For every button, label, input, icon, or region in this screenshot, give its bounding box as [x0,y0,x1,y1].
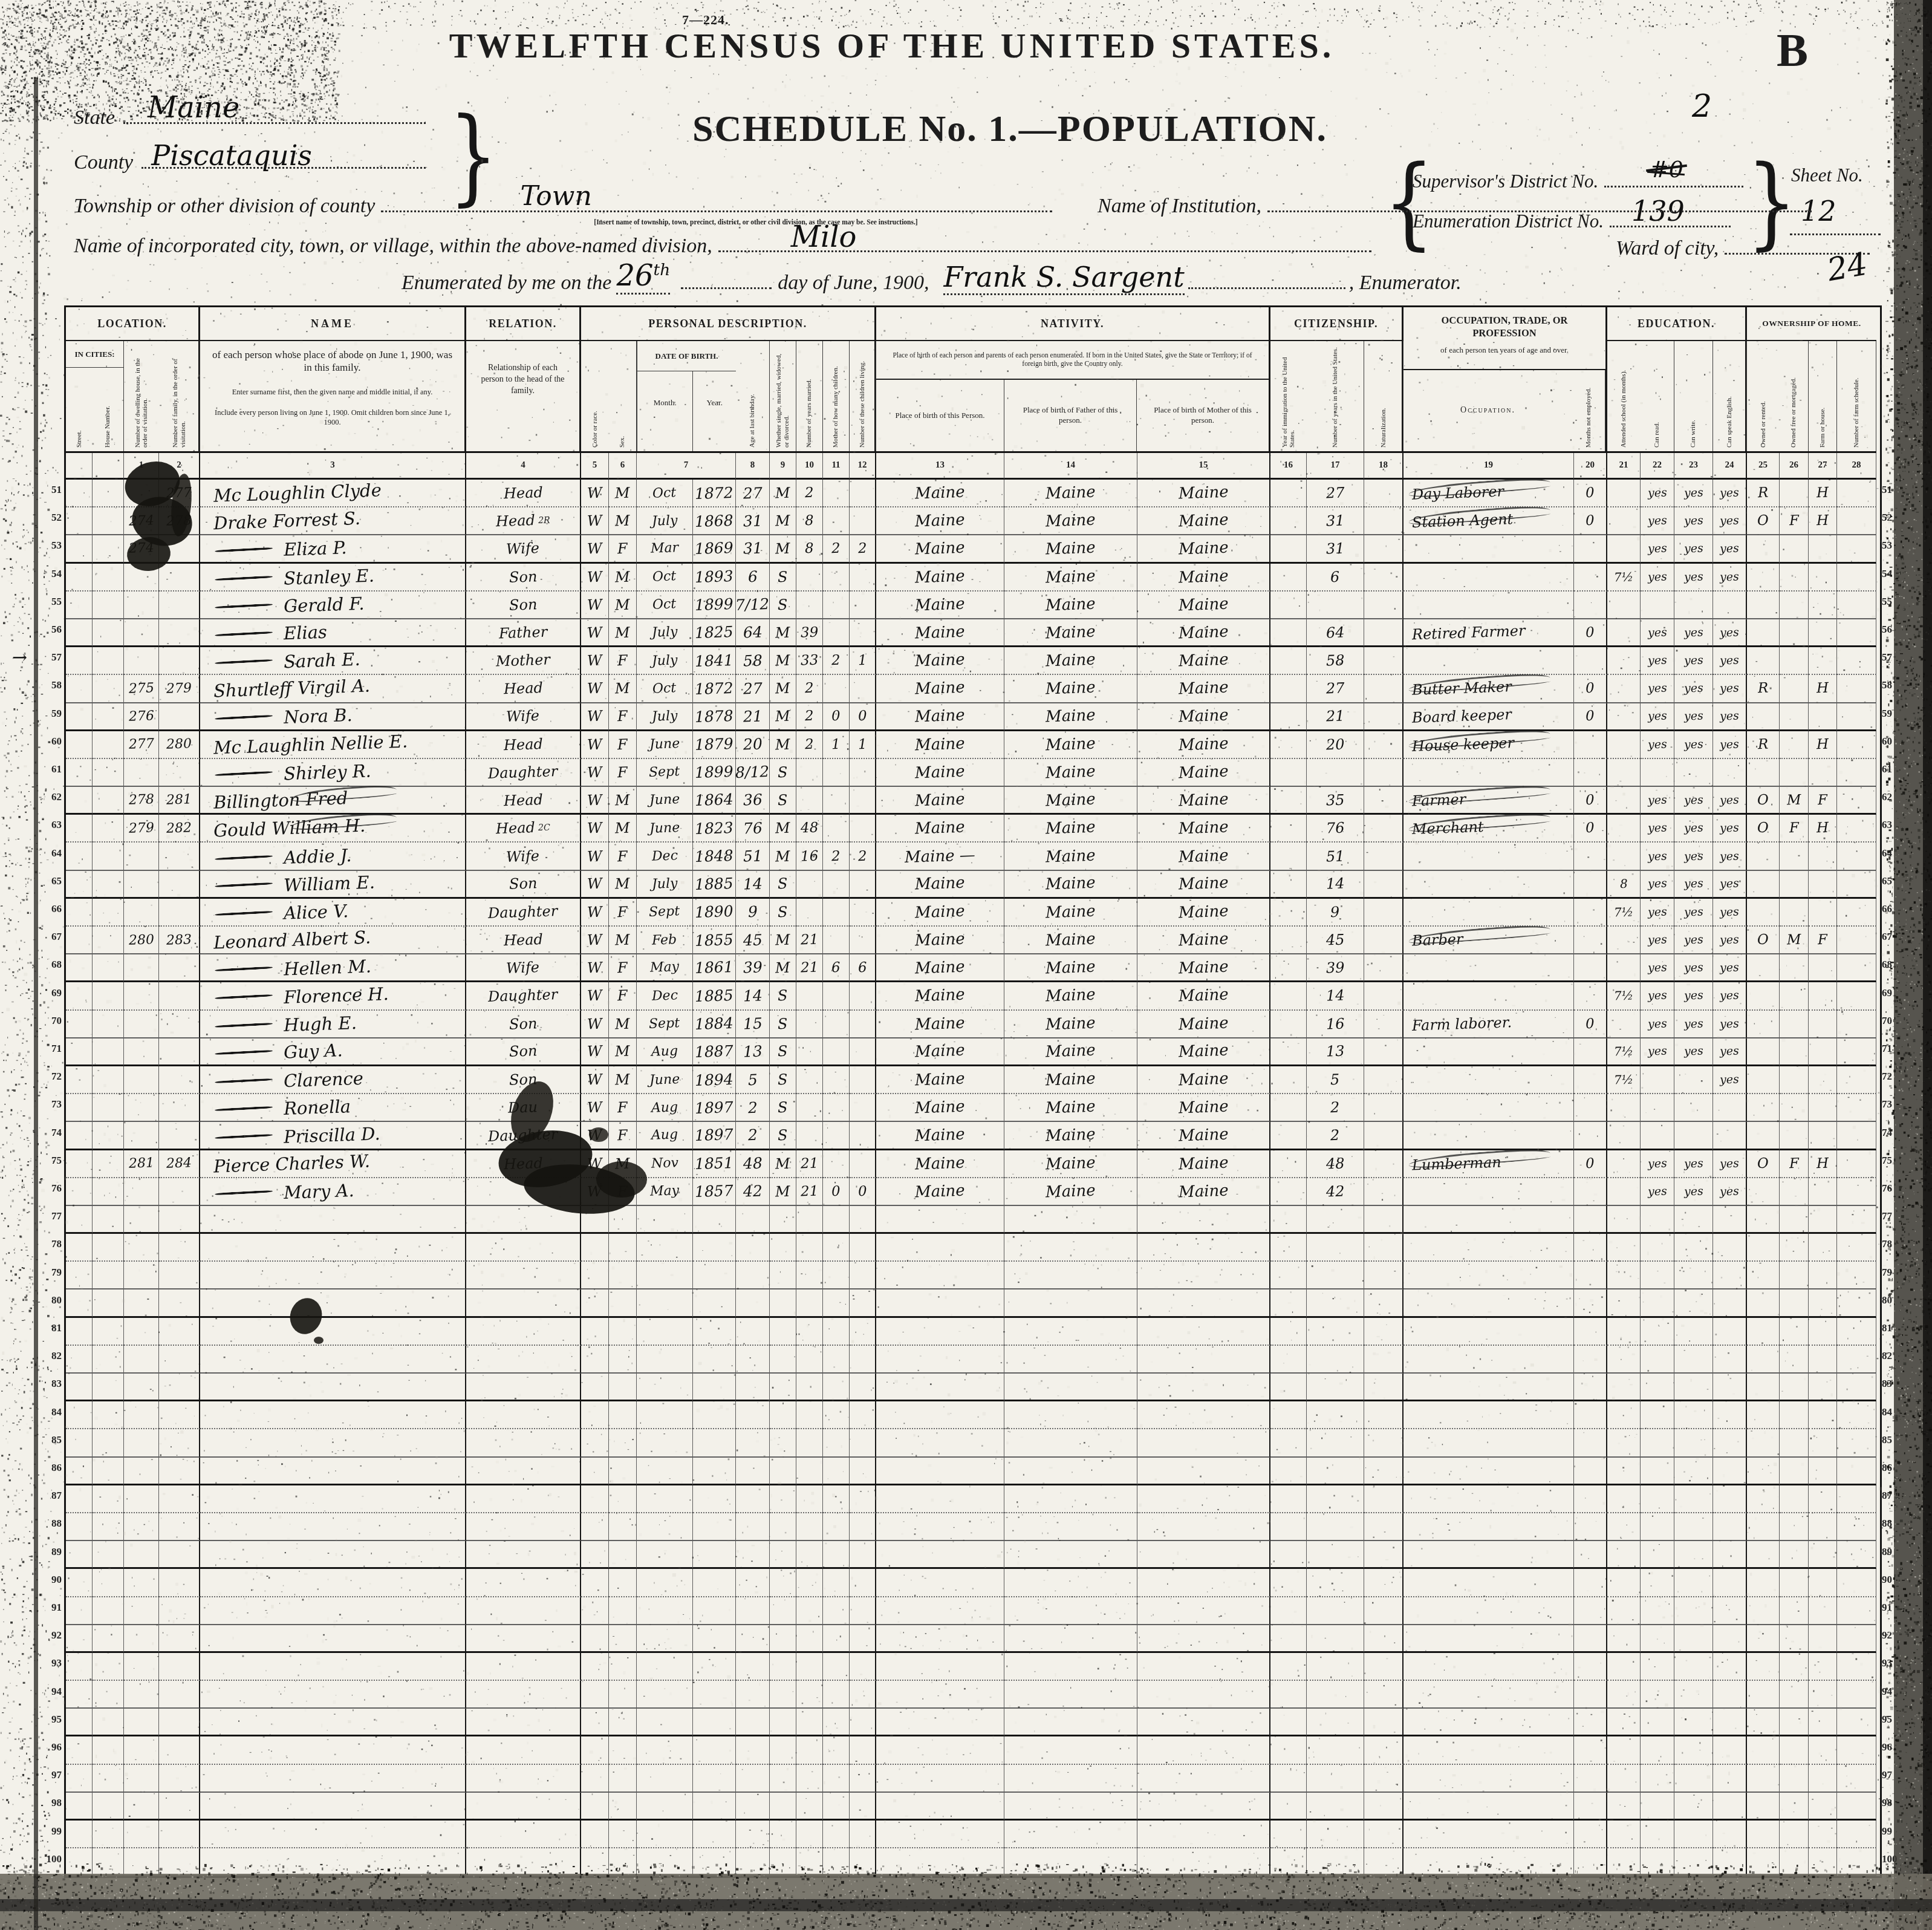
cell-wr-66: yes [1674,899,1713,927]
cell-nat-68 [1364,954,1403,982]
cell-wr-61 [1674,759,1713,787]
cell-moth-54 [823,564,850,592]
cell-imm-88 [1270,1513,1307,1541]
cell-name-76: Mary A. [200,1178,466,1206]
cell-en-55 [1713,592,1747,619]
cell-mne-94 [1574,1681,1607,1709]
cell-sch-55 [1607,592,1641,619]
cell-name-64: Addie J. [200,843,466,870]
cell-sch-72: 7½ [1607,1066,1641,1094]
cell-pob-96 [876,1736,1004,1764]
row-number-left: 67 [37,923,62,951]
cell-sex-79 [609,1262,637,1289]
cell-sex-87 [609,1485,637,1513]
cell-mo-81 [637,1318,693,1346]
cell-mo-61: Sept [637,759,693,787]
cell-fm-72 [1780,1066,1809,1094]
cell-en-79 [1713,1262,1747,1289]
cell-c17-75: 48 [1307,1150,1364,1178]
cell-occ-94 [1403,1681,1574,1709]
cell-wr-64: yes [1674,843,1713,870]
cell-mo-91 [637,1597,693,1625]
cell-fam-74 [159,1122,200,1150]
cell-occ-99 [1403,1821,1574,1848]
cell-pobm-87 [1137,1485,1270,1513]
cell-fam-94 [159,1681,200,1709]
cell-mo-88 [637,1513,693,1541]
cell-mne-65 [1574,871,1607,899]
cell-fm-69 [1780,982,1809,1010]
occupation-group-note: of each person ten years of age and over… [1403,345,1605,355]
cell-pobm-82 [1137,1346,1270,1374]
cell-street-90 [66,1569,93,1597]
cell-rd-69: yes [1641,982,1674,1010]
cell-mo-76: May [637,1178,693,1206]
cell-fm-89 [1780,1541,1809,1569]
cell-sex-95 [609,1709,637,1736]
cell-nat-63 [1364,815,1403,843]
cell-street-89 [66,1541,93,1569]
cell-fam-86 [159,1458,200,1485]
cell-name-56: Elias [200,619,466,647]
cell-dw-76 [124,1178,159,1206]
cell-street-74 [66,1122,93,1150]
cell-fh-99 [1809,1821,1837,1848]
cell-dw-78 [124,1234,159,1262]
col-month-label: Month. [637,371,693,451]
cell-color-70: W [581,1011,609,1038]
cell-rel-89 [466,1541,581,1569]
cell-yr-55: 1899 [693,592,736,619]
cell-occ-89 [1403,1541,1574,1569]
cell-mo-93 [637,1653,693,1681]
cell-pobf-87 [1004,1485,1137,1513]
row-number-left: 51 [37,476,62,504]
row-number-left: 86 [37,1454,62,1482]
cell-moth-92 [823,1625,850,1653]
cell-own-81 [1747,1318,1780,1346]
row-number-right: 68 [1882,951,1906,979]
cell-mo-62: June [637,787,693,815]
cell-rd-60: yes [1641,731,1674,759]
cell-fh-96 [1809,1736,1837,1764]
cell-en-66: yes [1713,899,1747,927]
cell-fs-61 [1837,759,1876,787]
cell-fh-59 [1809,703,1837,731]
cell-fam-80 [159,1289,200,1317]
cell-color-94 [581,1681,609,1709]
cell-mar-67: M [770,927,796,954]
cell-en-100 [1713,1848,1747,1876]
cell-moth-67 [823,927,850,954]
cell-age-68: 39 [736,954,770,982]
cell-fh-64 [1809,843,1837,870]
cell-mne-78 [1574,1234,1607,1262]
cell-mne-64 [1574,843,1607,870]
cell-own-82 [1747,1346,1780,1374]
cell-mo-57: July [637,647,693,675]
cell-c17-73: 2 [1307,1094,1364,1122]
ward-label: Ward of city, [1616,237,1719,260]
cell-sch-67 [1607,927,1641,954]
cell-yr-61: 1899 [693,759,736,787]
cell-yr-54: 1893 [693,564,736,592]
cell-wr-84 [1674,1401,1713,1429]
cell-street-60 [66,731,93,759]
cell-fs-56 [1837,619,1876,647]
cell-occ-58: Butter Maker [1403,675,1574,703]
cell-sex-57: F [609,647,637,675]
cell-ym-60: 2 [796,731,823,759]
cell-ym-63: 48 [796,815,823,843]
cell-yr-99 [693,1821,736,1848]
cell-pobm-79 [1137,1262,1270,1289]
cell-rd-81 [1641,1318,1674,1346]
cell-house-75 [93,1150,124,1178]
cell-own-58: R [1747,675,1780,703]
cell-imm-82 [1270,1346,1307,1374]
cell-nat-77 [1364,1206,1403,1234]
cell-mo-65: July [637,871,693,899]
row-number-left: 100 [37,1845,62,1873]
row-number-left: 97 [37,1761,62,1789]
cell-yr-71: 1887 [693,1038,736,1066]
cell-pobm-81 [1137,1318,1270,1346]
cell-sch-68 [1607,954,1641,982]
cell-c17-99 [1307,1821,1364,1848]
cell-occ-80 [1403,1289,1574,1317]
cell-own-70 [1747,1011,1780,1038]
col-can-read-label: Can read. [1641,341,1674,451]
cell-house-92 [93,1625,124,1653]
cell-yr-72: 1894 [693,1066,736,1094]
cell-pob-78 [876,1234,1004,1262]
row-number-left: 53 [37,532,62,559]
cell-c17-52: 31 [1307,507,1364,535]
cell-fam-69 [159,982,200,1010]
row-number-right: 93 [1882,1649,1906,1677]
cell-yr-82 [693,1346,736,1374]
cell-pob-70: Maine [876,1011,1004,1038]
ditto-mark [213,1020,274,1028]
cell-liv-51 [850,480,876,507]
cell-moth-62 [823,787,850,815]
cell-yr-96 [693,1736,736,1764]
cell-mne-72 [1574,1066,1607,1094]
cell-fam-70 [159,1011,200,1038]
group-personal-description: PERSONAL DESCRIPTION. Color or race. Sex… [581,307,876,451]
cell-sch-71: 7½ [1607,1038,1641,1066]
cell-pob-90 [876,1569,1004,1597]
cell-sch-80 [1607,1289,1641,1317]
cell-sex-59: F [609,703,637,731]
cell-pob-86 [876,1458,1004,1485]
cell-fam-68 [159,954,200,982]
cell-yr-88 [693,1513,736,1541]
cell-occ-54 [1403,564,1574,592]
cell-mar-80 [770,1289,796,1317]
cell-sch-96 [1607,1736,1641,1764]
row-number-left: 81 [37,1314,62,1342]
cell-en-64: yes [1713,843,1747,870]
cell-own-75: O [1747,1150,1780,1178]
cell-c17-77 [1307,1206,1364,1234]
cell-name-73: Ronella [200,1094,466,1122]
cell-pobf-96 [1004,1736,1137,1764]
col-pob-mother-label: Place of birth of Mother of this person. [1136,380,1269,451]
row-number-left: 72 [37,1063,62,1091]
cell-mar-78 [770,1234,796,1262]
cell-fh-76 [1809,1178,1837,1206]
row-numbers-right: 5152535455565758596061626364656667686970… [1882,476,1906,1873]
cell-en-93 [1713,1653,1747,1681]
cell-age-66: 9 [736,899,770,927]
cell-color-69: W [581,982,609,1010]
cell-pobm-94 [1137,1681,1270,1709]
cell-own-85 [1747,1429,1780,1457]
cell-name-94 [200,1681,466,1709]
cell-pobm-92 [1137,1625,1270,1653]
row-number-left: 79 [37,1259,62,1286]
cell-fh-75: H [1809,1150,1837,1178]
cell-color-65: W [581,871,609,899]
cell-nat-61 [1364,759,1403,787]
cell-fam-87 [159,1485,200,1513]
cell-sex-91 [609,1597,637,1625]
cell-pobm-70: Maine [1137,1011,1270,1038]
cell-mo-84 [637,1401,693,1429]
cell-pobf-64: Maine [1004,843,1137,870]
cell-liv-53: 2 [850,535,876,563]
cell-rel-77 [466,1206,581,1234]
row-number-right: 69 [1882,979,1906,1007]
cell-ym-91 [796,1597,823,1625]
cell-ym-88 [796,1513,823,1541]
cell-pob-57: Maine [876,647,1004,675]
cell-dw-55 [124,592,159,619]
cell-dw-56 [124,619,159,647]
cell-age-87 [736,1485,770,1513]
cell-wr-78 [1674,1234,1713,1262]
row-number-right: 53 [1882,532,1906,559]
cell-pobm-73: Maine [1137,1094,1270,1122]
cell-pob-82 [876,1346,1004,1374]
cell-wr-72 [1674,1066,1713,1094]
cell-sch-95 [1607,1709,1641,1736]
cell-imm-61 [1270,759,1307,787]
cell-imm-63 [1270,815,1307,843]
schedule-title: SCHEDULE No. 1.—POPULATION. [638,108,1382,151]
cell-sex-70: M [609,1011,637,1038]
cell-occ-63: Merchant [1403,815,1574,843]
cell-pob-69: Maine [876,982,1004,1010]
cell-liv-58 [850,675,876,703]
cell-pob-79 [876,1262,1004,1289]
cell-street-88 [66,1513,93,1541]
cell-name-72: Clarence [200,1066,466,1094]
ditto-mark [213,908,274,916]
cell-c17-96 [1307,1736,1364,1764]
cell-mar-100 [770,1848,796,1876]
cell-imm-67 [1270,927,1307,954]
cell-nat-90 [1364,1569,1403,1597]
cell-en-69: yes [1713,982,1747,1010]
cell-fh-100 [1809,1848,1837,1876]
row-number-left: 73 [37,1091,62,1118]
cell-fh-69 [1809,982,1837,1010]
column-number: 11 [823,453,850,480]
cell-mo-56: July [637,619,693,647]
cell-pob-53: Maine [876,535,1004,563]
cell-moth-75 [823,1150,850,1178]
cell-sch-78 [1607,1234,1641,1262]
name-note-1: of each person whose place of abode on J… [210,348,455,374]
row-number-right: 88 [1882,1510,1906,1537]
cell-rd-93 [1641,1653,1674,1681]
cell-pobm-78 [1137,1234,1270,1262]
column-number: 14 [1004,453,1137,480]
cell-wr-81 [1674,1318,1713,1346]
cell-imm-74 [1270,1122,1307,1150]
cell-fs-94 [1837,1681,1876,1709]
cell-pobm-68: Maine [1137,954,1270,982]
cell-yr-70: 1884 [693,1011,736,1038]
cell-house-79 [93,1262,124,1289]
cell-ym-71 [796,1038,823,1066]
cell-wr-65: yes [1674,871,1713,899]
cell-pobf-78 [1004,1234,1137,1262]
cell-age-64: 51 [736,843,770,870]
cell-own-88 [1747,1513,1780,1541]
cell-mne-96 [1574,1736,1607,1764]
cell-sex-52: M [609,507,637,535]
cell-fs-81 [1837,1318,1876,1346]
cell-color-68: W [581,954,609,982]
cell-street-96 [66,1736,93,1764]
cell-pob-85 [876,1429,1004,1457]
cell-sex-93 [609,1653,637,1681]
cell-occ-60: House keeper [1403,731,1574,759]
cell-age-63: 76 [736,815,770,843]
cell-mar-66: S [770,899,796,927]
cell-rel-96 [466,1736,581,1764]
cell-nat-85 [1364,1429,1403,1457]
cell-fm-63: F [1780,815,1809,843]
cell-moth-99 [823,1821,850,1848]
cell-wr-88 [1674,1513,1713,1541]
cell-fam-52: 278 [159,507,200,535]
cell-fh-90 [1809,1569,1837,1597]
cell-occ-81 [1403,1318,1574,1346]
cell-ym-51: 2 [796,480,823,507]
column-number: 21 [1607,453,1641,480]
cell-own-52: O [1747,507,1780,535]
cell-yr-87 [693,1485,736,1513]
cell-nat-94 [1364,1681,1403,1709]
cell-fm-97 [1780,1765,1809,1793]
cell-yr-67: 1855 [693,927,736,954]
cell-house-82 [93,1346,124,1374]
cell-c17-81 [1307,1318,1364,1346]
cell-pobm-62: Maine [1137,787,1270,815]
cell-occ-59: Board keeper [1403,703,1574,731]
city-label: Name of incorporated city, town, or vill… [74,235,712,258]
cell-liv-99 [850,1821,876,1848]
cell-pobf-63: Maine [1004,815,1137,843]
column-number: 20 [1574,453,1607,480]
group-name: NAME of each person whose place of abode… [200,307,466,451]
row-number-left: 74 [37,1119,62,1147]
cell-street-83 [66,1374,93,1401]
cell-pob-80 [876,1289,1004,1317]
cell-color-92 [581,1625,609,1653]
cell-street-65 [66,871,93,899]
cell-street-93 [66,1653,93,1681]
cell-fh-78 [1809,1234,1837,1262]
row-number-right: 60 [1882,728,1906,755]
column-number: 3 [200,453,466,480]
cell-mne-91 [1574,1597,1607,1625]
cell-wr-73 [1674,1094,1713,1122]
cell-mo-74: Aug [637,1122,693,1150]
cell-liv-86 [850,1458,876,1485]
cell-rd-85 [1641,1429,1674,1457]
cell-age-73: 2 [736,1094,770,1122]
cell-mne-53 [1574,535,1607,563]
cell-rd-92 [1641,1625,1674,1653]
cell-moth-53: 2 [823,535,850,563]
cell-mne-100 [1574,1848,1607,1876]
cell-age-71: 13 [736,1038,770,1066]
column-number: 13 [876,453,1004,480]
cell-mo-99 [637,1821,693,1848]
cell-pobf-67: Maine [1004,927,1137,954]
cell-own-86 [1747,1458,1780,1485]
cell-rd-53: yes [1641,535,1674,563]
cell-mne-54 [1574,564,1607,592]
cell-mo-53: Mar [637,535,693,563]
cell-occ-95 [1403,1709,1574,1736]
cell-own-94 [1747,1681,1780,1709]
cell-sex-92 [609,1625,637,1653]
cell-pob-51: Maine [876,480,1004,507]
cell-age-59: 21 [736,703,770,731]
cell-sch-81 [1607,1318,1641,1346]
cell-dw-73 [124,1094,159,1122]
supervisor-crossed-value: #0 [1650,156,1683,183]
cell-mne-61 [1574,759,1607,787]
cell-fh-62: F [1809,787,1837,815]
cell-color-73: W [581,1094,609,1122]
cell-pobf-59: Maine [1004,703,1137,731]
cell-mar-85 [770,1429,796,1457]
cell-mo-77 [637,1206,693,1234]
cell-moth-82 [823,1346,850,1374]
cell-fs-78 [1837,1234,1876,1262]
cell-yr-63: 1823 [693,815,736,843]
cell-name-63: Gould William H. [200,815,466,843]
col-house-label: House Number. [93,368,124,451]
cell-house-60 [93,731,124,759]
cell-sch-52 [1607,507,1641,535]
cell-yr-85 [693,1429,736,1457]
cell-pob-100 [876,1848,1004,1876]
ditto-mark [213,852,274,861]
cell-wr-60: yes [1674,731,1713,759]
cell-moth-86 [823,1458,850,1485]
cell-own-56 [1747,619,1780,647]
cell-own-78 [1747,1234,1780,1262]
